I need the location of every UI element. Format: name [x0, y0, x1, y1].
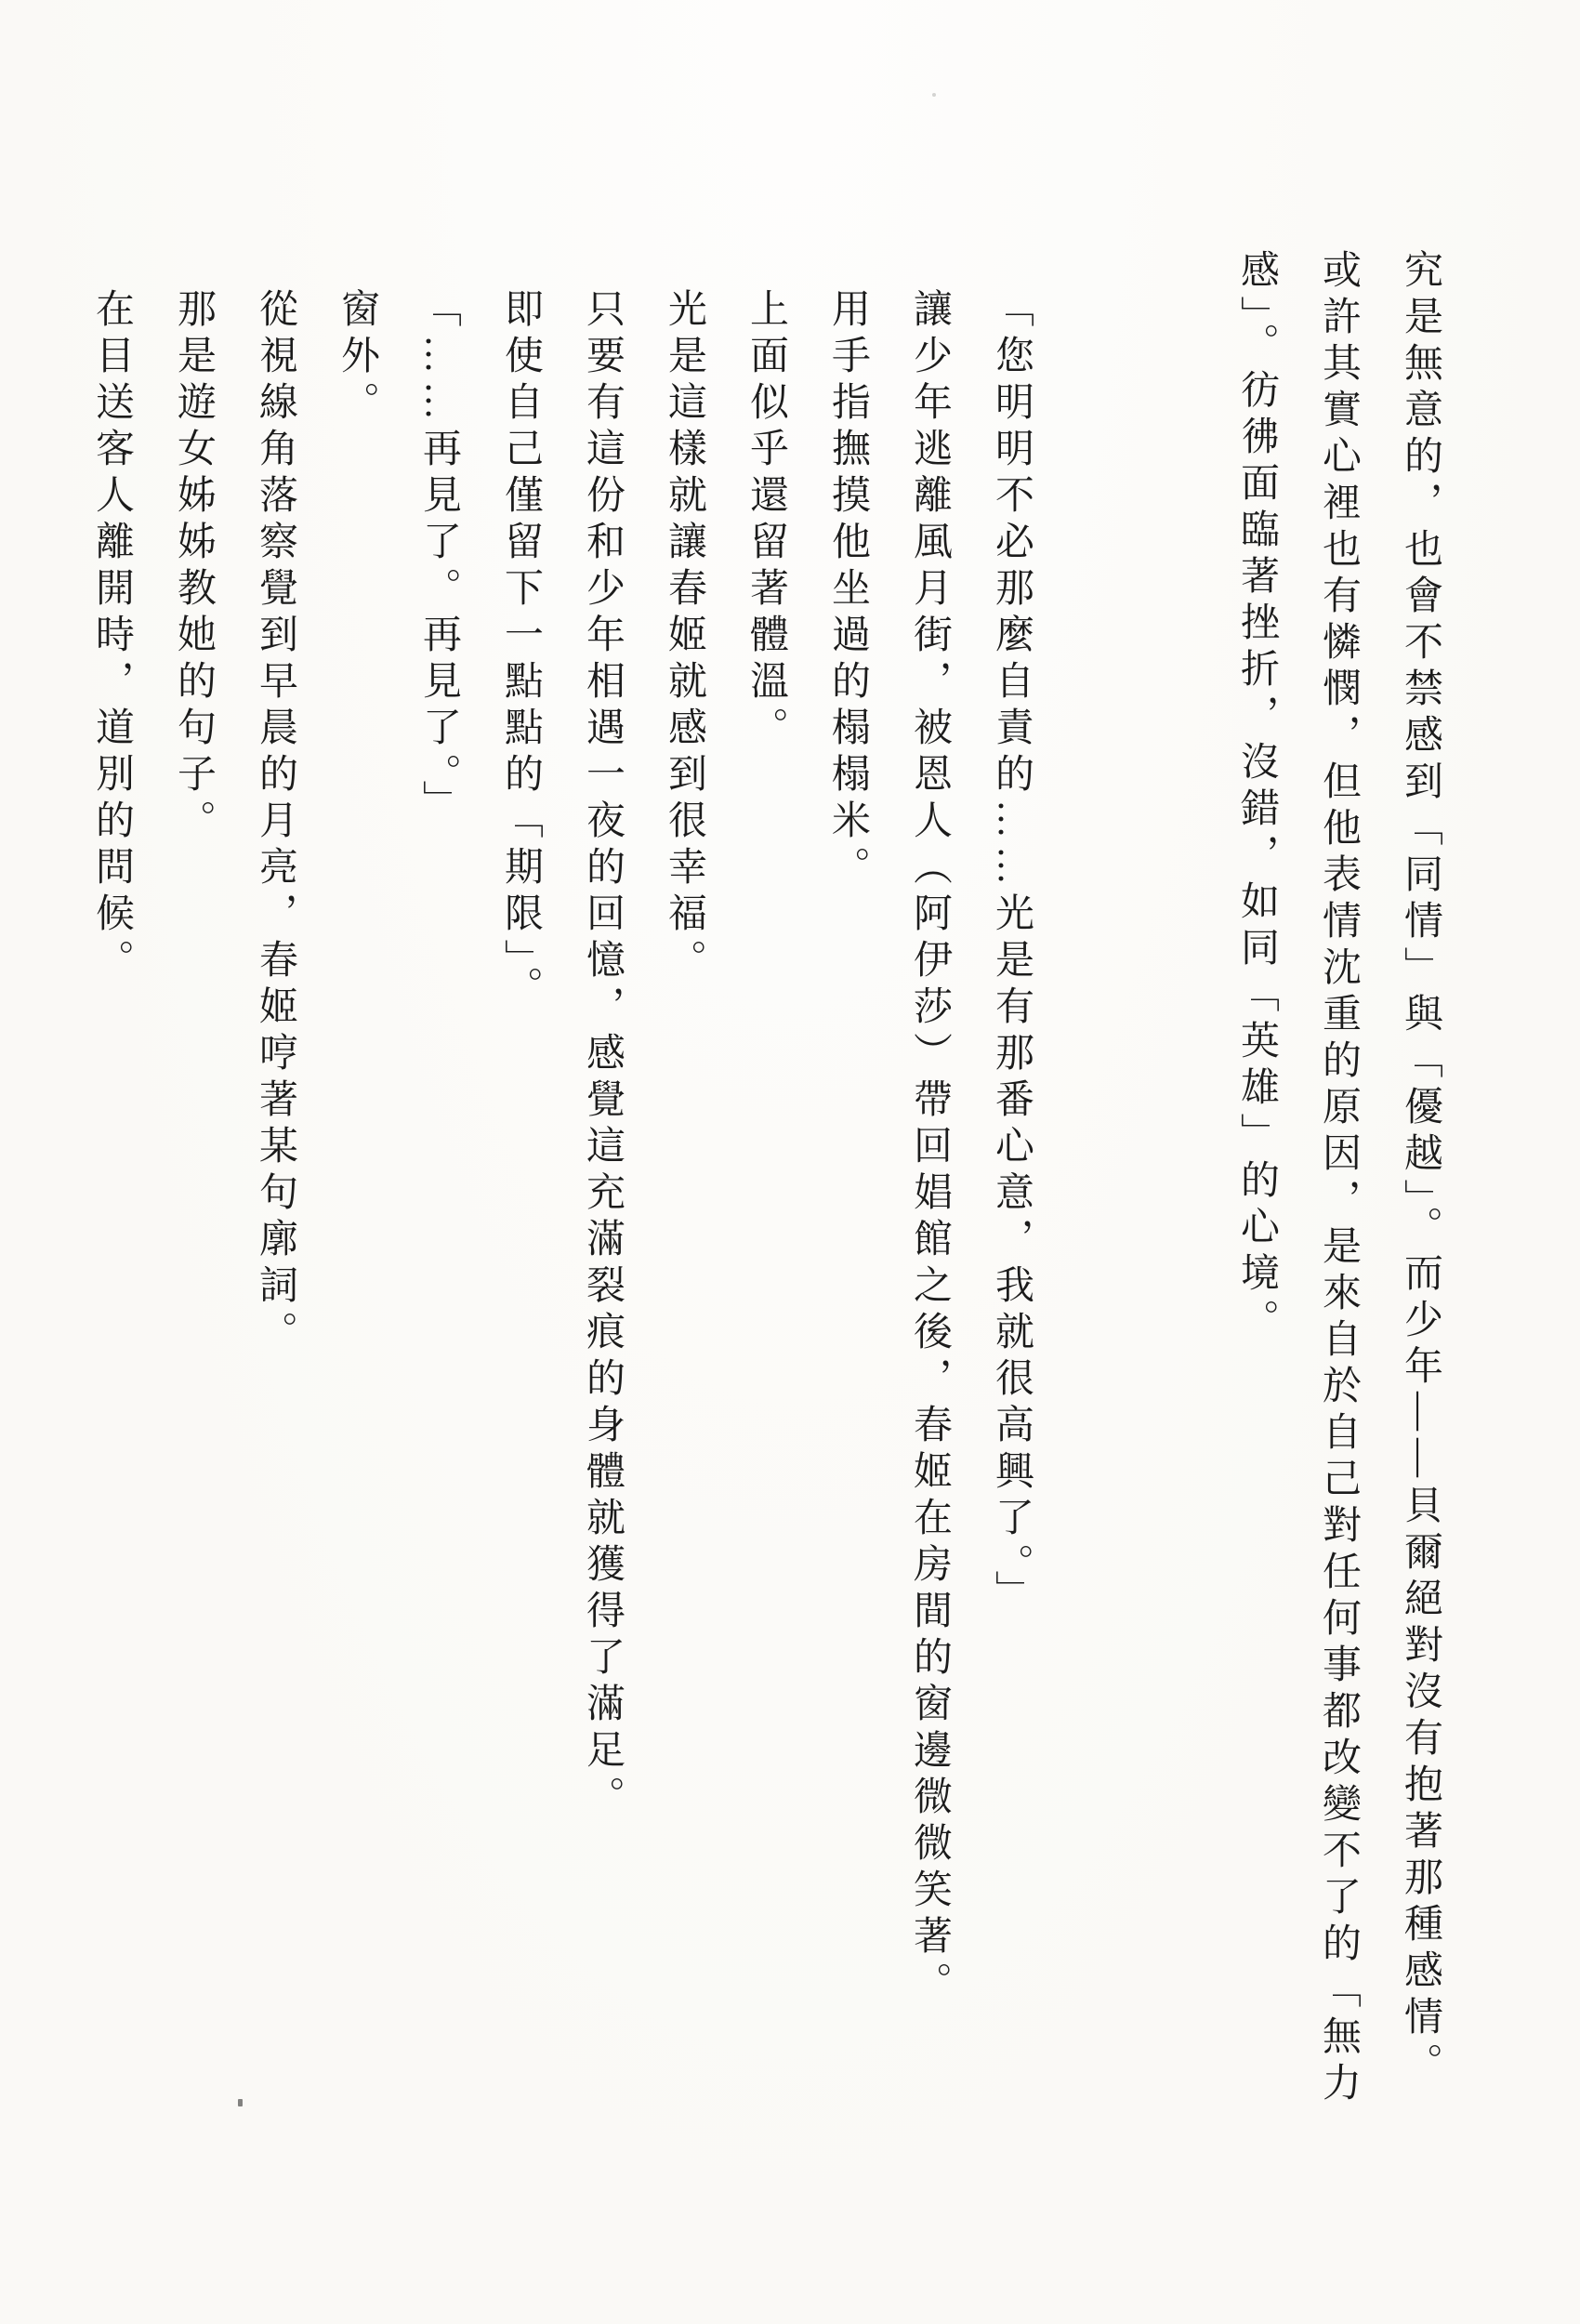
vertical-text-block: 究是無意的，也會不禁感到「同情」與「優越」。而少年——貝爾絕對沒有抱著那種感情。… — [71, 249, 1461, 2127]
paragraph: 光是這樣就讓春姬就感到很幸福。 — [643, 249, 725, 2127]
scanned-novel-page: 究是無意的，也會不禁感到「同情」與「優越」。而少年——貝爾絕對沒有抱著那種感情。… — [0, 0, 1580, 2324]
paragraph: 究是無意的，也會不禁感到「同情」與「優越」。而少年——貝爾絕對沒有抱著那種感情。… — [1216, 249, 1461, 2127]
paragraph: 窗外。 — [316, 249, 398, 2127]
paragraph: 上面似乎還留著體溫。 — [725, 249, 807, 2127]
paragraph: 只要有這份和少年相遇一夜的回憶，感覺這充滿裂痕的身體就獲得了滿足。 — [561, 249, 643, 2127]
paragraph: 從視線角落察覺到早晨的月亮，春姬哼著某句廓詞。 — [234, 249, 316, 2127]
paragraph: 那是遊女姊姊教她的句子。 — [152, 249, 234, 2127]
paragraph: 即使自己僅留下一點點的「期限」。 — [480, 249, 561, 2127]
paragraph: 在目送客人離開時，道別的問候。 — [71, 249, 152, 2127]
paragraph: 「您明明不必那麼自責的……光是有那番心意，我就很高興了。」 — [970, 249, 1052, 2127]
paragraph: 用手指撫摸他坐過的榻榻米。 — [807, 249, 889, 2127]
paragraph: 讓少年逃離風月街，被恩人（阿伊莎）帶回娼館之後，春姬在房間的窗邊微微笑著。 — [889, 249, 970, 2127]
paragraph: 「……再見了。再見了。」 — [398, 249, 480, 2127]
scan-speck — [932, 93, 936, 97]
scan-speck — [238, 2099, 243, 2106]
